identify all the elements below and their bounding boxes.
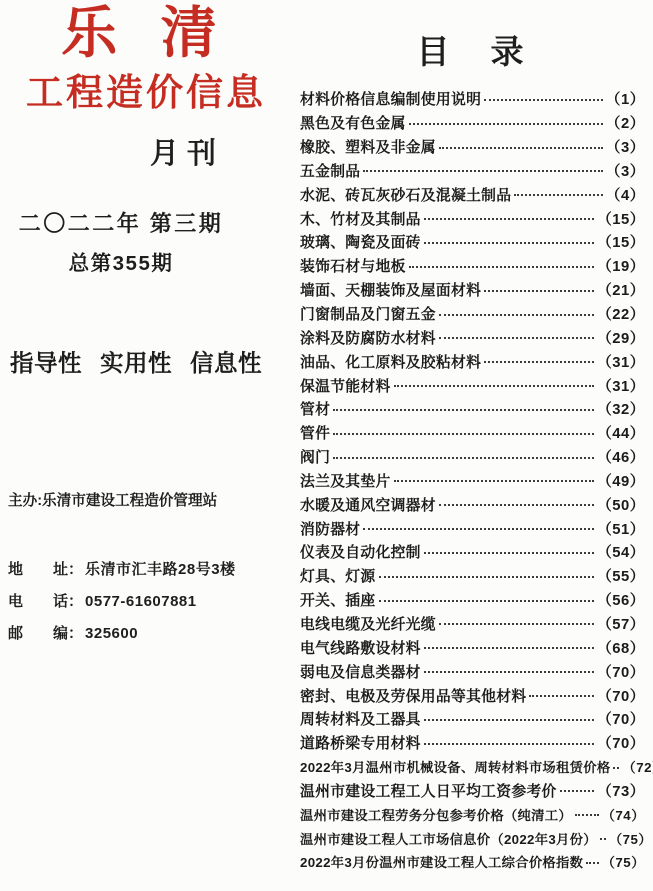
contact-label: 邮 编： — [8, 622, 83, 643]
toc-leader-dots — [379, 576, 594, 578]
toc-entry: 管件 （44） — [300, 421, 645, 445]
toc-entry-page: （21） — [597, 279, 645, 300]
contact-label: 地 址： — [8, 558, 83, 579]
toc-entry: 管材 （32） — [300, 397, 645, 421]
journal-title-line2: 工程造价信息 — [0, 72, 292, 114]
toc-column: 目 录 材料价格信息编制使用说明 （1） 黑色及有色金属 （2） 橡胶、塑料及非… — [296, 0, 648, 891]
toc-entry: 电线电缆及光纤光缆 （57） — [300, 612, 645, 636]
toc-entry: 密封、电极及劳保用品等其他材料 （70） — [300, 683, 645, 707]
contact-row: 电 话： 0577-61607881 — [8, 590, 236, 608]
contact-value: 325600 — [85, 625, 138, 642]
contact-value: 乐清市汇丰路28号3楼 — [85, 558, 236, 579]
issue-total-number: 总第355期 — [12, 246, 230, 276]
toc-entry-label: 墙面、天棚装饰及屋面材料 — [300, 279, 481, 300]
toc-leader-dots — [333, 457, 594, 459]
toc-entry-label: 2022年3月温州市机械设备、周转材料市场租赁价格 — [300, 757, 610, 776]
toc-entry-page: （49） — [597, 470, 645, 491]
monthly-publication-label: 月刊 — [150, 131, 224, 172]
toc-leader-dots — [484, 99, 603, 101]
toc-entry-label: 法兰及其垫片 — [300, 470, 391, 491]
toc-entry-label: 材料价格信息编制使用说明 — [300, 88, 481, 109]
toc-entry: 周转材料及工器具 （70） — [300, 707, 645, 731]
toc-leader-dots — [363, 528, 594, 530]
toc-leader-dots — [560, 790, 594, 792]
slogan-line: 指导性 实用性 信息性 — [10, 344, 262, 378]
toc-entry-label: 装饰石材与地板 — [300, 255, 406, 276]
toc-entry-page: （22） — [597, 303, 645, 324]
toc-entry: 开关、插座 （56） — [300, 588, 645, 612]
toc-entry-label: 门窗制品及门窗五金 — [300, 303, 436, 324]
toc-entry: 灯具、灯源 （55） — [300, 564, 645, 588]
toc-entry-page: （46） — [597, 446, 645, 467]
toc-entry: 法兰及其垫片 （49） — [300, 469, 645, 493]
toc-entry-page: （19） — [597, 255, 645, 276]
toc-entry-label: 消防器材 — [300, 518, 360, 539]
toc-entry-page: （32） — [597, 398, 645, 419]
toc-entry-label: 保温节能材料 — [300, 375, 391, 396]
toc-entry-page: （75） — [609, 829, 652, 848]
toc-entry-page: （31） — [597, 351, 645, 372]
toc-entry-label: 温州市建设工程工人日平均工资参考价 — [300, 780, 557, 801]
toc-entry: 电气线路敷设材料 （68） — [300, 635, 645, 659]
toc-entry-label: 涂料及防腐防水材料 — [300, 327, 436, 348]
toc-entry: 温州市建设工程工人日平均工资参考价 （73） — [300, 778, 645, 802]
toc-entry-page: （15） — [597, 231, 645, 252]
toc-leader-dots — [424, 218, 594, 220]
toc-leader-dots — [439, 504, 594, 506]
toc-entry-page: （70） — [597, 685, 645, 706]
toc-leader-dots — [424, 719, 594, 721]
toc-entry-label: 灯具、灯源 — [300, 565, 376, 586]
toc-title: 目 录 — [296, 26, 648, 73]
toc-entry-label: 温州市建设工程人工市场信息价（2022年3月份） — [300, 829, 597, 848]
toc-entry-page: （1） — [606, 88, 645, 109]
toc-leader-dots — [529, 695, 593, 697]
toc-entry: 涂料及防腐防水材料 （29） — [300, 325, 645, 349]
toc-leader-dots — [484, 361, 594, 363]
toc-entry: 水暖及通风空调器材 （50） — [300, 492, 645, 516]
toc-entry-label: 橡胶、塑料及非金属 — [300, 136, 436, 157]
toc-entry: 五金制品 （3） — [300, 159, 645, 183]
toc-entry-label: 仪表及自动化控制 — [300, 541, 421, 562]
toc-entry-label: 管件 — [300, 422, 330, 443]
toc-entry-page: （31） — [597, 375, 645, 396]
toc-leader-dots — [575, 814, 599, 816]
toc-entry-page: （70） — [597, 708, 645, 729]
toc-entry-page: （3） — [606, 160, 645, 181]
toc-entry-page: （3） — [606, 136, 645, 157]
toc-leader-dots — [409, 123, 603, 125]
toc-leader-dots — [514, 194, 602, 196]
toc-leader-dots — [613, 767, 619, 769]
toc-entry-label: 阀门 — [300, 446, 330, 467]
toc-entry-label: 道路桥梁专用材料 — [300, 732, 421, 753]
toc-leader-dots — [484, 290, 594, 292]
toc-entry-label: 弱电及信息类器材 — [300, 661, 421, 682]
toc-entry-label: 密封、电极及劳保用品等其他材料 — [300, 685, 526, 706]
toc-leader-dots — [439, 147, 603, 149]
toc-entry-label: 开关、插座 — [300, 589, 376, 610]
toc-entry-label: 电线电缆及光纤光缆 — [300, 613, 436, 634]
toc-entry: 消防器材 （51） — [300, 516, 645, 540]
toc-leader-dots — [439, 314, 594, 316]
issue-block: 二〇二二年 第三期 总第355期 — [12, 207, 230, 276]
toc-entry-page: （4） — [606, 184, 645, 205]
contact-block: 地 址： 乐清市汇丰路28号3楼 电 话： 0577-61607881 邮 编：… — [8, 558, 236, 654]
toc-leader-dots — [424, 552, 594, 554]
toc-entry: 橡胶、塑料及非金属 （3） — [300, 135, 645, 159]
toc-entry-label: 五金制品 — [300, 160, 360, 181]
toc-entry: 保温节能材料 （31） — [300, 373, 645, 397]
organizer-line: 主办:乐清市建设工程造价管理站 — [8, 489, 217, 510]
toc-leader-dots — [439, 337, 594, 339]
toc-entry: 门窗制品及门窗五金 （22） — [300, 302, 645, 326]
toc-list: 材料价格信息编制使用说明 （1） 黑色及有色金属 （2） 橡胶、塑料及非金属 （… — [300, 87, 645, 874]
toc-entry-label: 黑色及有色金属 — [300, 112, 406, 133]
toc-leader-dots — [394, 480, 594, 482]
toc-leader-dots — [333, 409, 594, 411]
toc-entry-label: 2022年3月份温州市建设工程人工综合价格指数 — [300, 852, 583, 871]
toc-entry-page: （15） — [597, 208, 645, 229]
toc-leader-dots — [394, 385, 594, 387]
journal-cover-page: 乐 清 工程造价信息 月刊 二〇二二年 第三期 总第355期 指导性 实用性 信… — [0, 0, 653, 891]
toc-leader-dots — [600, 838, 606, 840]
issue-year-number: 二〇二二年 第三期 — [12, 207, 230, 238]
journal-title: 乐 清 — [0, 2, 292, 64]
toc-leader-dots — [586, 862, 598, 864]
toc-entry-label: 木、竹材及其制品 — [300, 208, 421, 229]
toc-entry-page: （74） — [602, 805, 645, 824]
toc-leader-dots — [439, 623, 594, 625]
toc-leader-dots — [424, 671, 594, 673]
toc-entry-page: （54） — [597, 541, 645, 562]
toc-entry: 阀门 （46） — [300, 445, 645, 469]
toc-entry: 木、竹材及其制品 （15） — [300, 206, 645, 230]
toc-entry-page: （29） — [597, 327, 645, 348]
contact-row: 邮 编： 325600 — [8, 622, 236, 640]
toc-entry: 2022年3月份温州市建设工程人工综合价格指数 （75） — [300, 850, 645, 874]
toc-entry-page: （2） — [606, 112, 645, 133]
toc-entry: 仪表及自动化控制 （54） — [300, 540, 645, 564]
toc-entry-page: （70） — [597, 732, 645, 753]
contact-value: 0577-61607881 — [85, 593, 197, 610]
toc-leader-dots — [333, 433, 594, 435]
toc-entry-label: 电气线路敷设材料 — [300, 637, 421, 658]
toc-entry-label: 温州市建设工程劳务分包参考价格（纯清工） — [300, 805, 572, 824]
toc-entry: 温州市建设工程劳务分包参考价格（纯清工） （74） — [300, 802, 645, 826]
toc-entry: 油品、化工原料及胶粘材料 （31） — [300, 349, 645, 373]
toc-entry-page: （57） — [597, 613, 645, 634]
toc-entry-page: （51） — [597, 518, 645, 539]
toc-entry-label: 周转材料及工器具 — [300, 708, 421, 729]
toc-entry-page: （50） — [597, 494, 645, 515]
toc-entry-label: 油品、化工原料及胶粘材料 — [300, 351, 481, 372]
toc-entry-page: （73） — [597, 780, 645, 801]
toc-entry-page: （44） — [597, 422, 645, 443]
toc-entry-label: 玻璃、陶瓷及面砖 — [300, 231, 421, 252]
toc-leader-dots — [424, 242, 594, 244]
toc-leader-dots — [379, 600, 594, 602]
cover-left-column: 乐 清 工程造价信息 月刊 二〇二二年 第三期 总第355期 指导性 实用性 信… — [0, 0, 292, 891]
toc-entry-page: （68） — [597, 637, 645, 658]
contact-label: 电 话： — [8, 590, 83, 611]
toc-entry: 墙面、天棚装饰及屋面材料 （21） — [300, 278, 645, 302]
toc-entry: 装饰石材与地板 （19） — [300, 254, 645, 278]
toc-leader-dots — [424, 647, 594, 649]
toc-entry: 道路桥梁专用材料 （70） — [300, 731, 645, 755]
toc-entry-page: （75） — [602, 852, 645, 871]
contact-row: 地 址： 乐清市汇丰路28号3楼 — [8, 558, 236, 576]
toc-entry-page: （55） — [597, 565, 645, 586]
toc-entry: 2022年3月温州市机械设备、周转材料市场租赁价格 （72） — [300, 755, 645, 779]
toc-entry: 水泥、砖瓦灰砂石及混凝土制品 （4） — [300, 182, 645, 206]
toc-entry-label: 管材 — [300, 398, 330, 419]
toc-entry-label: 水泥、砖瓦灰砂石及混凝土制品 — [300, 184, 511, 205]
toc-entry: 温州市建设工程人工市场信息价（2022年3月份） （75） — [300, 826, 645, 850]
toc-entry-page: （70） — [597, 661, 645, 682]
toc-entry: 弱电及信息类器材 （70） — [300, 659, 645, 683]
toc-leader-dots — [424, 743, 594, 745]
toc-entry: 黑色及有色金属 （2） — [300, 111, 645, 135]
toc-entry: 材料价格信息编制使用说明 （1） — [300, 87, 645, 111]
toc-entry-page: （72） — [622, 757, 653, 776]
toc-entry: 玻璃、陶瓷及面砖 （15） — [300, 230, 645, 254]
toc-entry-label: 水暖及通风空调器材 — [300, 494, 436, 515]
toc-entry-page: （56） — [597, 589, 645, 610]
toc-leader-dots — [409, 266, 594, 268]
toc-leader-dots — [363, 170, 602, 172]
